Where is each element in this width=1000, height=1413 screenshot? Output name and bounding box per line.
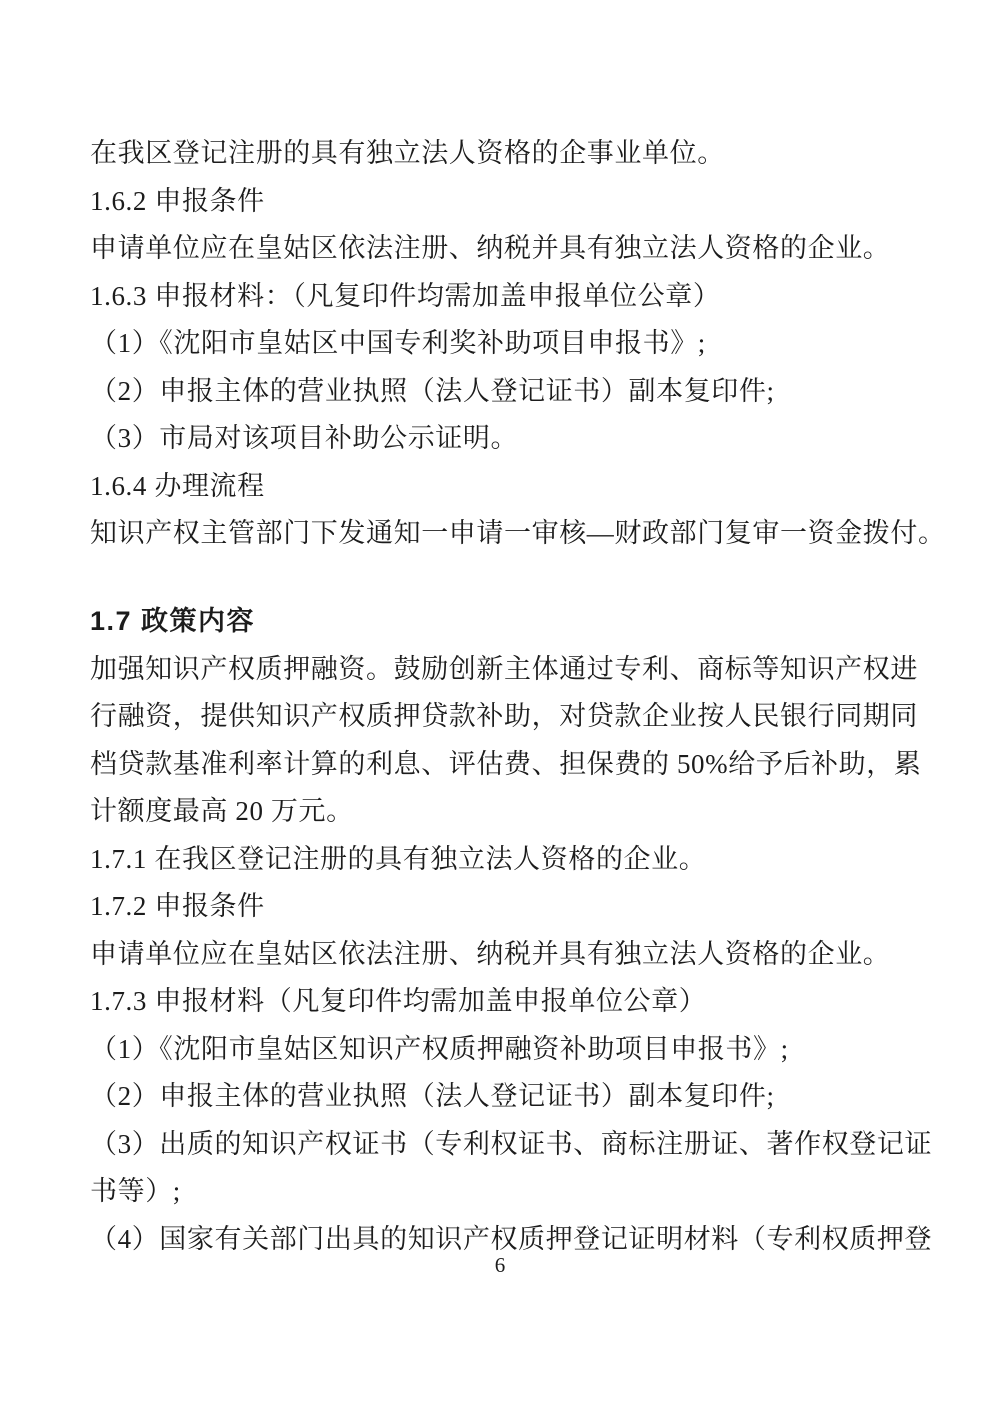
page-number: 6 xyxy=(0,1250,1000,1280)
line-1-6-3-item-1: （1）《沈阳市皇姑区中国专利奖补助项目申报书》; xyxy=(90,320,920,368)
document-page: 在我区登记注册的具有独立法人资格的企事业单位。 1.6.2 申报条件 申请单位应… xyxy=(0,0,1000,1413)
line-1-6-3-title: 1.6.3 申报材料：（凡复印件均需加盖申报单位公章） xyxy=(90,273,920,321)
line-1-6-2-body: 申请单位应在皇姑区依法注册、纳税并具有独立法人资格的企业。 xyxy=(90,225,920,273)
line-1-6-3-item-3: （3）市局对该项目补助公示证明。 xyxy=(90,415,920,463)
line-1-7-policy-3: 档贷款基准利率计算的利息、评估费、担保费的 50%给予后补助，累 xyxy=(90,741,920,789)
line-1-7-policy-2: 行融资，提供知识产权质押贷款补助，对贷款企业按人民银行同期同 xyxy=(90,693,920,741)
section-1-7-block: 1.7 政策内容 加强知识产权质押融资。鼓励创新主体通过专利、商标等知识产权进 … xyxy=(90,598,920,1263)
line-1-7-2-title: 1.7.2 申报条件 xyxy=(90,883,920,931)
line-eligibility-1-6: 在我区登记注册的具有独立法人资格的企事业单位。 xyxy=(90,130,920,178)
line-1-7-3-item-1: （1）《沈阳市皇姑区知识产权质押融资补助项目申报书》; xyxy=(90,1026,920,1074)
line-1-6-4-process: 知识产权主管部门下发通知一申请一审核—财政部门复审一资金拨付。 xyxy=(90,510,920,558)
line-1-7-3-title: 1.7.3 申报材料（凡复印件均需加盖申报单位公章） xyxy=(90,978,920,1026)
line-1-7-policy-1: 加强知识产权质押融资。鼓励创新主体通过专利、商标等知识产权进 xyxy=(90,646,920,694)
line-1-7-3-item-3b: 书等）; xyxy=(90,1168,920,1216)
line-1-7-1-body: 1.7.1 在我区登记注册的具有独立法人资格的企业。 xyxy=(90,836,920,884)
section-1-6-block: 在我区登记注册的具有独立法人资格的企事业单位。 1.6.2 申报条件 申请单位应… xyxy=(90,130,920,558)
line-1-6-2-title: 1.6.2 申报条件 xyxy=(90,178,920,226)
section-1-7-heading: 1.7 政策内容 xyxy=(90,598,920,646)
line-1-7-3-item-2: （2）申报主体的营业执照（法人登记证书）副本复印件; xyxy=(90,1073,920,1121)
line-1-7-policy-4: 计额度最高 20 万元。 xyxy=(90,788,920,836)
line-1-7-3-item-3a: （3）出质的知识产权证书（专利权证书、商标注册证、著作权登记证 xyxy=(90,1121,920,1169)
line-1-6-3-item-2: （2）申报主体的营业执照（法人登记证书）副本复印件; xyxy=(90,368,920,416)
line-1-6-4-title: 1.6.4 办理流程 xyxy=(90,463,920,511)
line-1-7-2-body: 申请单位应在皇姑区依法注册、纳税并具有独立法人资格的企业。 xyxy=(90,931,920,979)
